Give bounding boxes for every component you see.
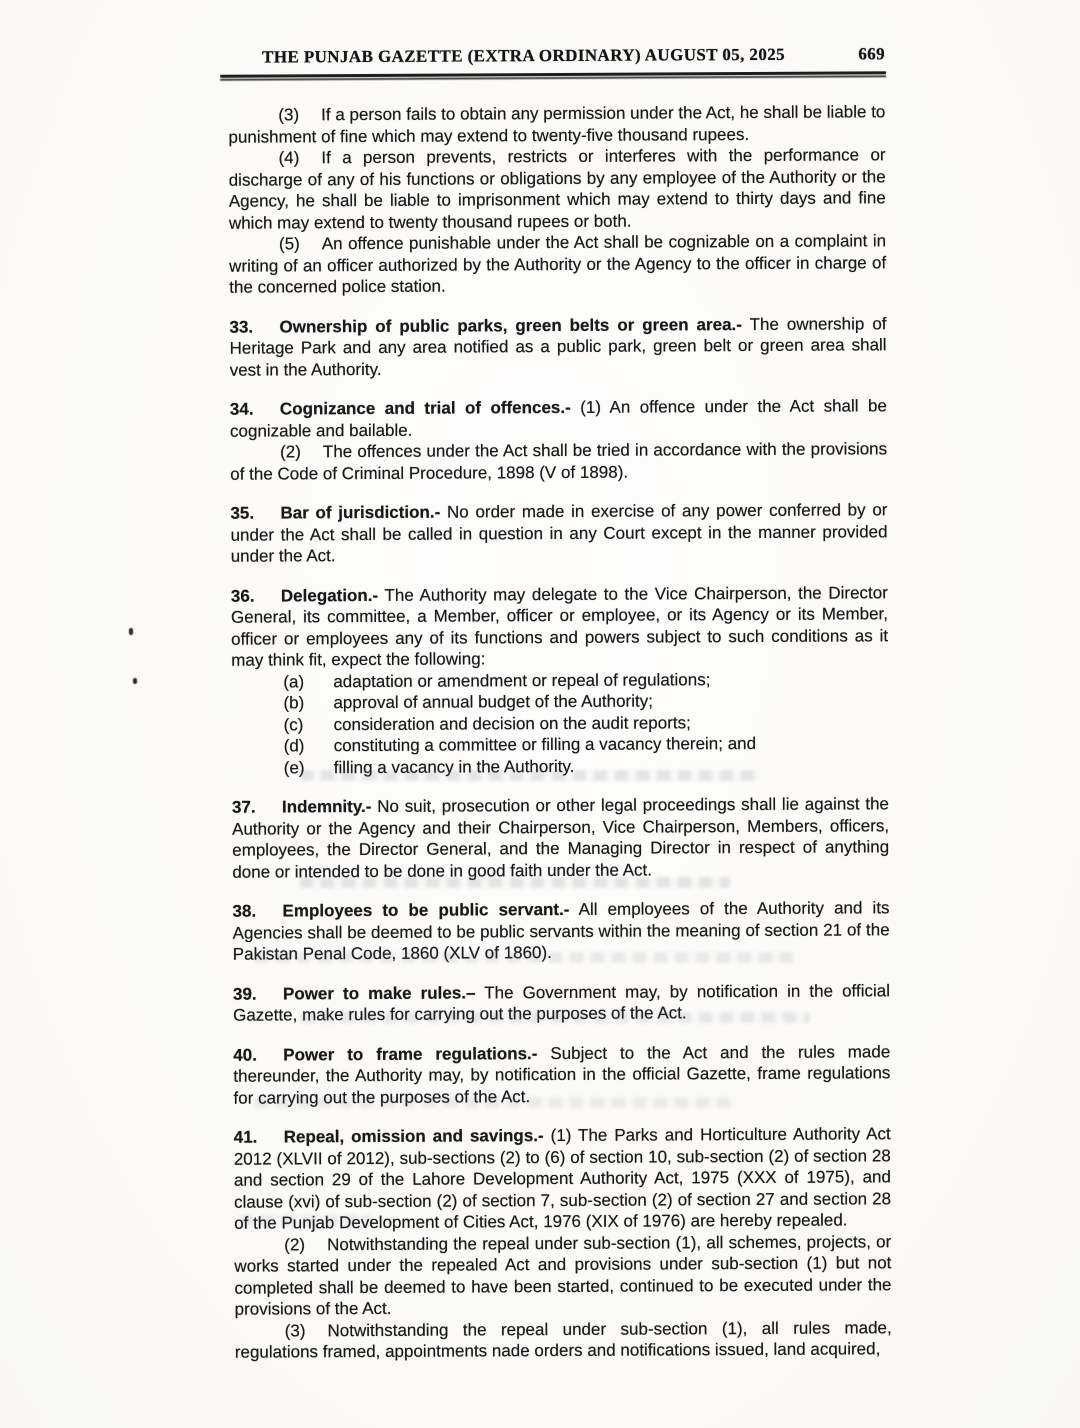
section-37: 37.Indemnity.- No suit, prosecution or o… xyxy=(232,793,889,882)
list-item-label: (c) xyxy=(283,714,333,736)
section-number: 39. xyxy=(233,983,283,1005)
section-33: 33.Ownership of public parks, green belt… xyxy=(229,313,886,381)
section-number: 40. xyxy=(233,1044,283,1066)
sub-paragraph-34-2: (2)The offences under the Act shall be t… xyxy=(230,438,887,484)
sub-paragraph-41-3: (3)Notwithstanding the repeal under sub-… xyxy=(235,1317,892,1363)
list-item-e: (e)filling a vacancy in the Authority. xyxy=(232,754,889,779)
gazette-scanned-page: THE PUNJAB GAZETTE (EXTRA ORDINARY) AUGU… xyxy=(0,0,1080,1428)
section-heading: Power to frame regulations.- xyxy=(283,1044,537,1064)
paragraph-text: If a person prevents, restricts or inter… xyxy=(229,145,886,232)
sub-paragraph-5: (5)An offence punishable under the Act s… xyxy=(229,230,886,298)
header-rule xyxy=(220,71,886,80)
gazette-title: THE PUNJAB GAZETTE (EXTRA ORDINARY) AUGU… xyxy=(262,45,785,67)
sub-paragraph-41-2: (2)Notwithstanding the repeal under sub-… xyxy=(234,1231,891,1320)
paragraph-text: The offences under the Act shall be trie… xyxy=(230,439,887,483)
section-36: 36.Delegation.- The Authority may delega… xyxy=(231,582,888,671)
paragraph-text: If a person fails to obtain any permissi… xyxy=(228,102,885,146)
sub-paragraph-3: (3)If a person fails to obtain any permi… xyxy=(228,101,885,147)
section-39: 39.Power to make rules.– The Government … xyxy=(233,980,890,1026)
list-item-label: (a) xyxy=(283,671,333,693)
list-item-text: constituting a committee or filling a va… xyxy=(334,734,756,755)
section-heading: Ownership of public parks, green belts o… xyxy=(279,315,742,336)
section-number: 33. xyxy=(229,316,279,338)
paragraph-number: (2) xyxy=(280,442,301,461)
section-heading: Indemnity.- xyxy=(282,797,372,816)
list-item-label: (e) xyxy=(284,757,334,779)
section-heading: Bar of jurisdiction.- xyxy=(280,503,440,523)
section-38: 38.Employees to be public servant.- All … xyxy=(232,897,889,965)
section-number: 35. xyxy=(230,502,280,524)
section-heading: Employees to be public servant.- xyxy=(282,900,569,921)
paragraph-text: Notwithstanding the repeal under sub-sec… xyxy=(235,1318,892,1362)
list-item-text: adaptation or amendment or repeal of reg… xyxy=(333,670,710,691)
section-41: 41.Repeal, omission and savings.- (1) Th… xyxy=(234,1123,892,1234)
list-item-label: (d) xyxy=(284,735,334,757)
section-number: 38. xyxy=(232,900,282,922)
section-35: 35.Bar of jurisdiction.- No order made i… xyxy=(230,499,887,567)
paragraph-text: Notwithstanding the repeal under sub-sec… xyxy=(234,1232,891,1319)
section-number: 41. xyxy=(234,1126,284,1148)
ink-speck xyxy=(129,628,133,635)
section-heading: Cognizance and trial of offences.- xyxy=(280,398,571,419)
section-number: 34. xyxy=(230,398,280,420)
section-number: 36. xyxy=(231,585,281,607)
sub-paragraph-4: (4)If a person prevents, restricts or in… xyxy=(229,144,886,233)
section-heading: Power to make rules.– xyxy=(283,983,476,1003)
list-item-text: approval of annual budget of the Authori… xyxy=(333,692,653,713)
page-number: 669 xyxy=(858,44,885,64)
section-heading: Repeal, omission and savings.- xyxy=(284,1126,544,1146)
paragraph-number: (5) xyxy=(279,234,300,253)
paragraph-number: (3) xyxy=(285,1321,306,1340)
paragraph-text: An offence punishable under the Act shal… xyxy=(229,231,886,296)
section-34: 34.Cognizance and trial of offences.- (1… xyxy=(230,395,887,441)
list-item-label: (b) xyxy=(283,692,333,714)
ink-speck xyxy=(133,678,137,684)
list-item-text: filling a vacancy in the Authority. xyxy=(334,756,575,776)
section-40: 40.Power to frame regulations.- Subject … xyxy=(233,1041,890,1109)
document-body: THE PUNJAB GAZETTE (EXTRA ORDINARY) AUGU… xyxy=(228,44,892,1363)
document-text: (3)If a person fails to obtain any permi… xyxy=(228,101,892,1363)
section-heading: Delegation.- xyxy=(281,585,378,605)
list-item-text: consideration and decision on the audit … xyxy=(333,713,690,734)
paragraph-number: (4) xyxy=(279,148,300,167)
page-header: THE PUNJAB GAZETTE (EXTRA ORDINARY) AUGU… xyxy=(228,44,885,67)
paragraph-number: (3) xyxy=(278,105,299,124)
paragraph-number: (2) xyxy=(284,1235,305,1254)
section-number: 37. xyxy=(232,796,282,818)
